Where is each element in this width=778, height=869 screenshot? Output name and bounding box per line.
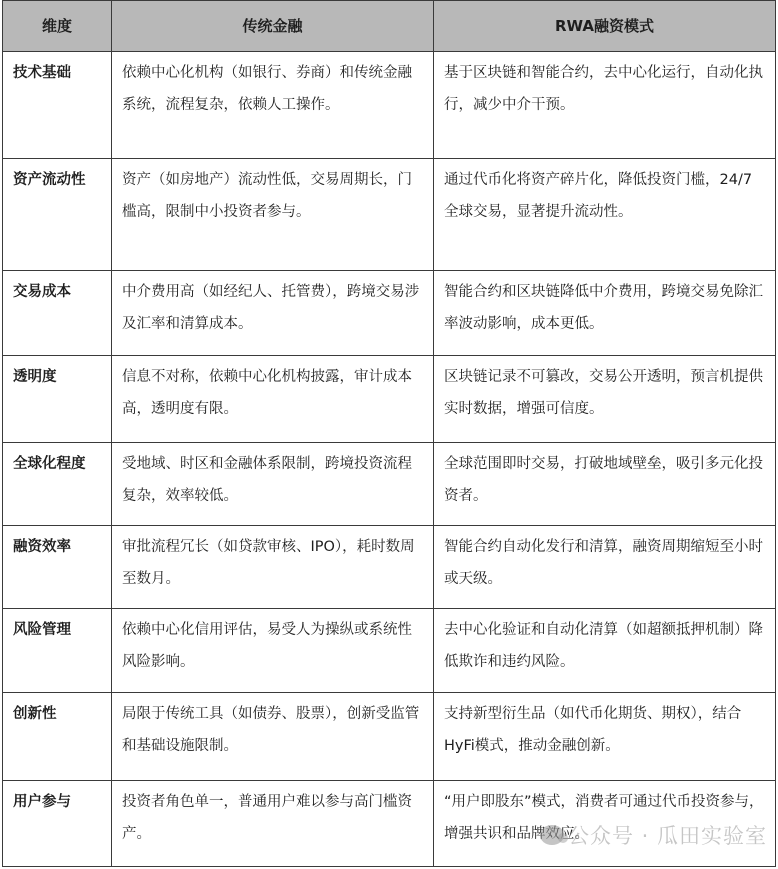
traditional-cell: 依赖中心化机构（如银行、券商）和传统金融系统，流程复杂，依赖人工操作。 — [112, 52, 434, 159]
header-traditional-finance: 传统金融 — [112, 1, 434, 52]
traditional-cell: 中介费用高（如经纪人、托管费），跨境交易涉及汇率和清算成本。 — [112, 271, 434, 356]
dimension-cell: 资产流动性 — [3, 159, 112, 271]
traditional-cell: 投资者角色单一，普通用户难以参与高门槛资产。 — [112, 781, 434, 867]
rwa-cell: 基于区块链和智能合约，去中心化运行，自动化执行，减少中介干预。 — [434, 52, 776, 159]
header-rwa-financing: RWA融资模式 — [434, 1, 776, 52]
dimension-cell: 融资效率 — [3, 526, 112, 609]
rwa-cell: 去中心化验证和自动化清算（如超额抵押机制）降低欺诈和违约风险。 — [434, 609, 776, 693]
header-dimension: 维度 — [3, 1, 112, 52]
table-row: 透明度 信息不对称，依赖中心化机构披露，审计成本高，透明度有限。 区块链记录不可… — [3, 356, 776, 443]
table-row: 全球化程度 受地域、时区和金融体系限制，跨境投资流程复杂，效率较低。 全球范围即… — [3, 443, 776, 526]
dimension-cell: 风险管理 — [3, 609, 112, 693]
table-row: 融资效率 审批流程冗长（如贷款审核、IPO），耗时数周至数月。 智能合约自动化发… — [3, 526, 776, 609]
table-row: 用户参与 投资者角色单一，普通用户难以参与高门槛资产。 “用户即股东”模式，消费… — [3, 781, 776, 867]
rwa-cell: 区块链记录不可篡改，交易公开透明，预言机提供实时数据，增强可信度。 — [434, 356, 776, 443]
rwa-cell: 通过代币化将资产碎片化，降低投资门槛，24/7全球交易，显著提升流动性。 — [434, 159, 776, 271]
dimension-cell: 技术基础 — [3, 52, 112, 159]
rwa-cell: 全球范围即时交易，打破地域壁垒，吸引多元化投资者。 — [434, 443, 776, 526]
rwa-cell: 智能合约自动化发行和清算，融资周期缩短至小时或天级。 — [434, 526, 776, 609]
rwa-cell: 支持新型衍生品（如代币化期货、期权），结合HyFi模式，推动金融创新。 — [434, 693, 776, 781]
traditional-cell: 信息不对称，依赖中心化机构披露，审计成本高，透明度有限。 — [112, 356, 434, 443]
dimension-cell: 透明度 — [3, 356, 112, 443]
traditional-cell: 局限于传统工具（如债券、股票），创新受监管和基础设施限制。 — [112, 693, 434, 781]
dimension-cell: 交易成本 — [3, 271, 112, 356]
comparison-table: 维度 传统金融 RWA融资模式 技术基础 依赖中心化机构（如银行、券商）和传统金… — [2, 0, 776, 867]
table-row: 风险管理 依赖中心化信用评估，易受人为操纵或系统性风险影响。 去中心化验证和自动… — [3, 609, 776, 693]
traditional-cell: 资产（如房地产）流动性低，交易周期长，门槛高，限制中小投资者参与。 — [112, 159, 434, 271]
dimension-cell: 用户参与 — [3, 781, 112, 867]
dimension-cell: 全球化程度 — [3, 443, 112, 526]
table-row: 交易成本 中介费用高（如经纪人、托管费），跨境交易涉及汇率和清算成本。 智能合约… — [3, 271, 776, 356]
traditional-cell: 依赖中心化信用评估，易受人为操纵或系统性风险影响。 — [112, 609, 434, 693]
rwa-cell: “用户即股东”模式，消费者可通过代币投资参与，增强共识和品牌效应。 — [434, 781, 776, 867]
traditional-cell: 审批流程冗长（如贷款审核、IPO），耗时数周至数月。 — [112, 526, 434, 609]
dimension-cell: 创新性 — [3, 693, 112, 781]
table-row: 创新性 局限于传统工具（如债券、股票），创新受监管和基础设施限制。 支持新型衍生… — [3, 693, 776, 781]
rwa-cell: 智能合约和区块链降低中介费用，跨境交易免除汇率波动影响，成本更低。 — [434, 271, 776, 356]
table-row: 技术基础 依赖中心化机构（如银行、券商）和传统金融系统，流程复杂，依赖人工操作。… — [3, 52, 776, 159]
traditional-cell: 受地域、时区和金融体系限制，跨境投资流程复杂，效率较低。 — [112, 443, 434, 526]
table-header-row: 维度 传统金融 RWA融资模式 — [3, 1, 776, 52]
table-row: 资产流动性 资产（如房地产）流动性低，交易周期长，门槛高，限制中小投资者参与。 … — [3, 159, 776, 271]
